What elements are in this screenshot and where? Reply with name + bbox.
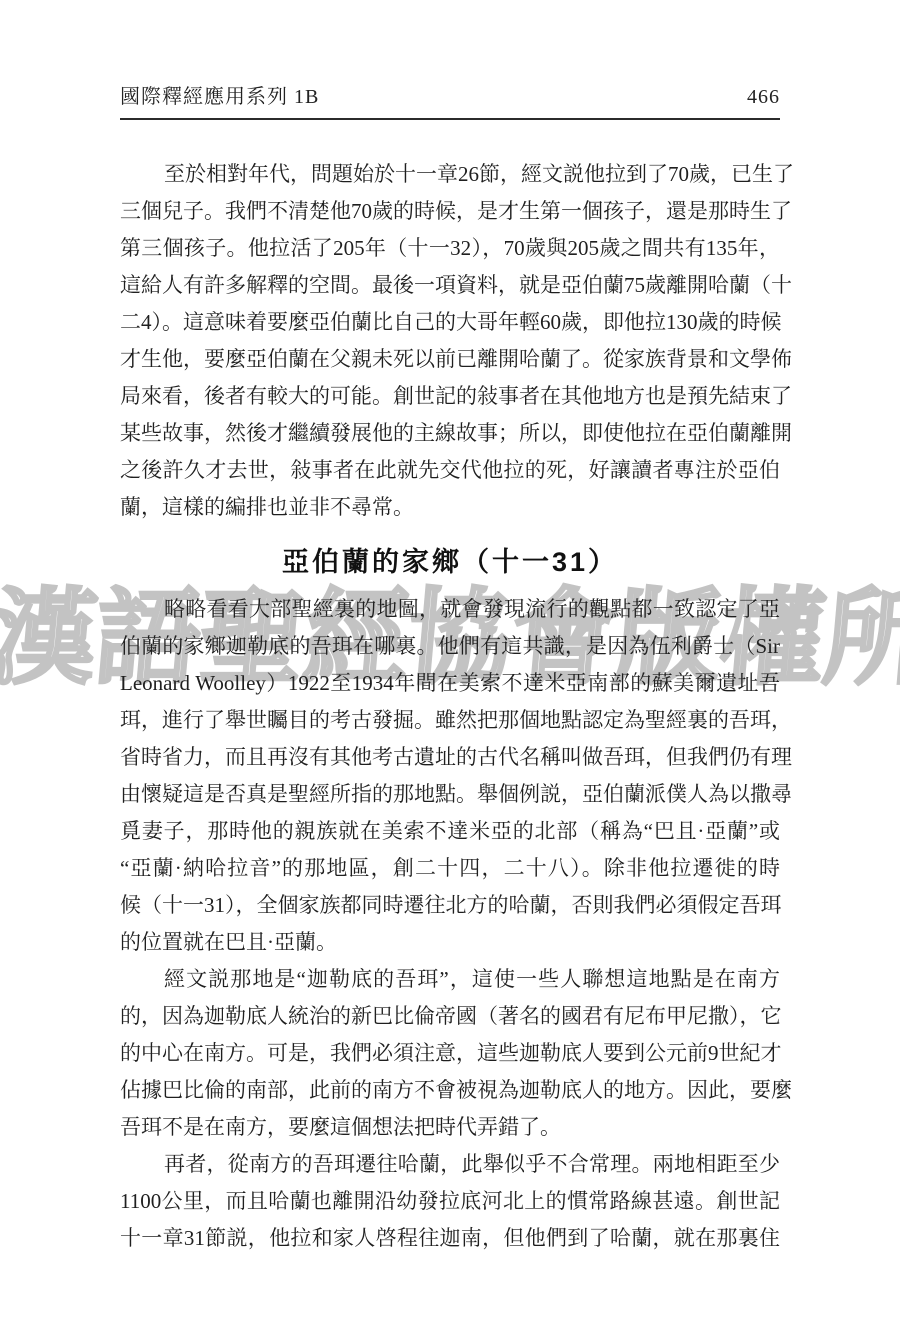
text-line: 伯蘭的家鄉迦勒底的吾珥在哪裏。他們有這共識，是因為伍利爵士（Sir bbox=[120, 628, 780, 665]
text-line: 至於相對年代，問題始於十一章26節，經文説他拉到了70歲，已生了 bbox=[120, 156, 780, 193]
text-line: 1100公里，而且哈蘭也離開沿幼發拉底河北上的慣常路線甚遠。創世記 bbox=[120, 1183, 780, 1220]
article-content: 至於相對年代，問題始於十一章26節，經文説他拉到了70歲，已生了三個兒子。我們不… bbox=[120, 156, 780, 1257]
series-title: 國際釋經應用系列 1B bbox=[120, 80, 319, 109]
text-line: 珥，進行了舉世矚目的考古發掘。雖然把那個地點認定為聖經裏的吾珥， bbox=[120, 702, 780, 739]
text-line: 省時省力，而且再沒有其他考古遺址的古代名稱叫做吾珥，但我們仍有理 bbox=[120, 739, 780, 776]
watermark-character: 所 bbox=[819, 584, 900, 694]
text-line: 再者，從南方的吾珥遷往哈蘭，此舉似乎不合常理。兩地相距至少 bbox=[120, 1146, 780, 1183]
page-body: 國際釋經應用系列 1B 466 至於相對年代，問題始於十一章26節，經文説他拉到… bbox=[120, 0, 780, 1257]
text-line: 局來看，後者有較大的可能。創世記的敍事者在其他地方也是預先結束了 bbox=[120, 378, 780, 415]
text-line: 才生他，要麼亞伯蘭在父親未死以前已離開哈蘭了。從家族背景和文學佈 bbox=[120, 341, 780, 378]
text-line: 的位置就在巴且·亞蘭。 bbox=[120, 924, 780, 961]
section-heading: 亞伯蘭的家鄉（十一31） bbox=[120, 544, 780, 581]
text-line: 略略看看大部聖經裏的地圖，就會發現流行的觀點都一致認定了亞 bbox=[120, 591, 780, 628]
page-header: 國際釋經應用系列 1B 466 bbox=[120, 80, 780, 109]
text-line: 候（十一31），全個家族都同時遷往北方的哈蘭，否則我們必須假定吾珥 bbox=[120, 887, 780, 924]
text-line: 覓妻子，那時他的親族就在美索不達米亞的北部（稱為“巴且·亞蘭”或 bbox=[120, 813, 780, 850]
text-line: 的中心在南方。可是，我們必須注意，這些迦勒底人要到公元前9世紀才 bbox=[120, 1035, 780, 1072]
text-line: Leonard Woolley）1922至1934年間在美索不達米亞南部的蘇美爾… bbox=[120, 665, 780, 702]
watermark-character: 漢 bbox=[0, 584, 101, 694]
text-line: 這給人有許多解釋的空間。最後一項資料，就是亞伯蘭75歲離開哈蘭（十 bbox=[120, 267, 780, 304]
paragraph: 經文説那地是“迦勒底的吾珥”，這使一些人聯想這地點是在南方的，因為迦勒底人統治的… bbox=[120, 961, 780, 1146]
text-line: 三個兒子。我們不清楚他70歲的時候，是才生第一個孩子，還是那時生了 bbox=[120, 193, 780, 230]
text-line: “亞蘭·納哈拉音”的那地區，創二十四，二十八）。除非他拉遷徙的時 bbox=[120, 850, 780, 887]
text-line: 第三個孩子。他拉活了205年（十一32），70歲與205歲之間共有135年， bbox=[120, 230, 780, 267]
paragraph: 略略看看大部聖經裏的地圖，就會發現流行的觀點都一致認定了亞伯蘭的家鄉迦勒底的吾珥… bbox=[120, 591, 780, 961]
text-line: 的，因為迦勒底人統治的新巴比倫帝國（著名的國君有尼布甲尼撒），它 bbox=[120, 998, 780, 1035]
document-page: 漢語聖經協會版權所有 國際釋經應用系列 1B 466 至於相對年代，問題始於十一… bbox=[0, 0, 900, 1324]
text-line: 佔據巴比倫的南部，此前的南方不會被視為迦勒底人的地方。因此，要麼 bbox=[120, 1072, 780, 1109]
page-number: 466 bbox=[747, 86, 780, 109]
text-line: 由懷疑這是否真是聖經所指的那地點。舉個例説，亞伯蘭派僕人為以撒尋 bbox=[120, 776, 780, 813]
text-line: 蘭，這樣的編排也並非不尋常。 bbox=[120, 489, 780, 526]
header-divider bbox=[120, 118, 780, 120]
paragraph: 再者，從南方的吾珥遷往哈蘭，此舉似乎不合常理。兩地相距至少1100公里，而且哈蘭… bbox=[120, 1146, 780, 1257]
text-line: 吾珥不是在南方，要麼這個想法把時代弄錯了。 bbox=[120, 1109, 780, 1146]
text-line: 二4）。這意味着要麼亞伯蘭比自己的大哥年輕60歲，即他拉130歲的時候 bbox=[120, 304, 780, 341]
text-line: 之後許久才去世，敍事者在此就先交代他拉的死，好讓讀者專注於亞伯 bbox=[120, 452, 780, 489]
text-line: 經文説那地是“迦勒底的吾珥”，這使一些人聯想這地點是在南方 bbox=[120, 961, 780, 998]
paragraph: 至於相對年代，問題始於十一章26節，經文説他拉到了70歲，已生了三個兒子。我們不… bbox=[120, 156, 780, 526]
text-line: 某些故事，然後才繼續發展他的主線故事；所以，即使他拉在亞伯蘭離開 bbox=[120, 415, 780, 452]
text-line: 十一章31節説，他拉和家人啓程往迦南，但他們到了哈蘭，就在那裏住 bbox=[120, 1220, 780, 1257]
